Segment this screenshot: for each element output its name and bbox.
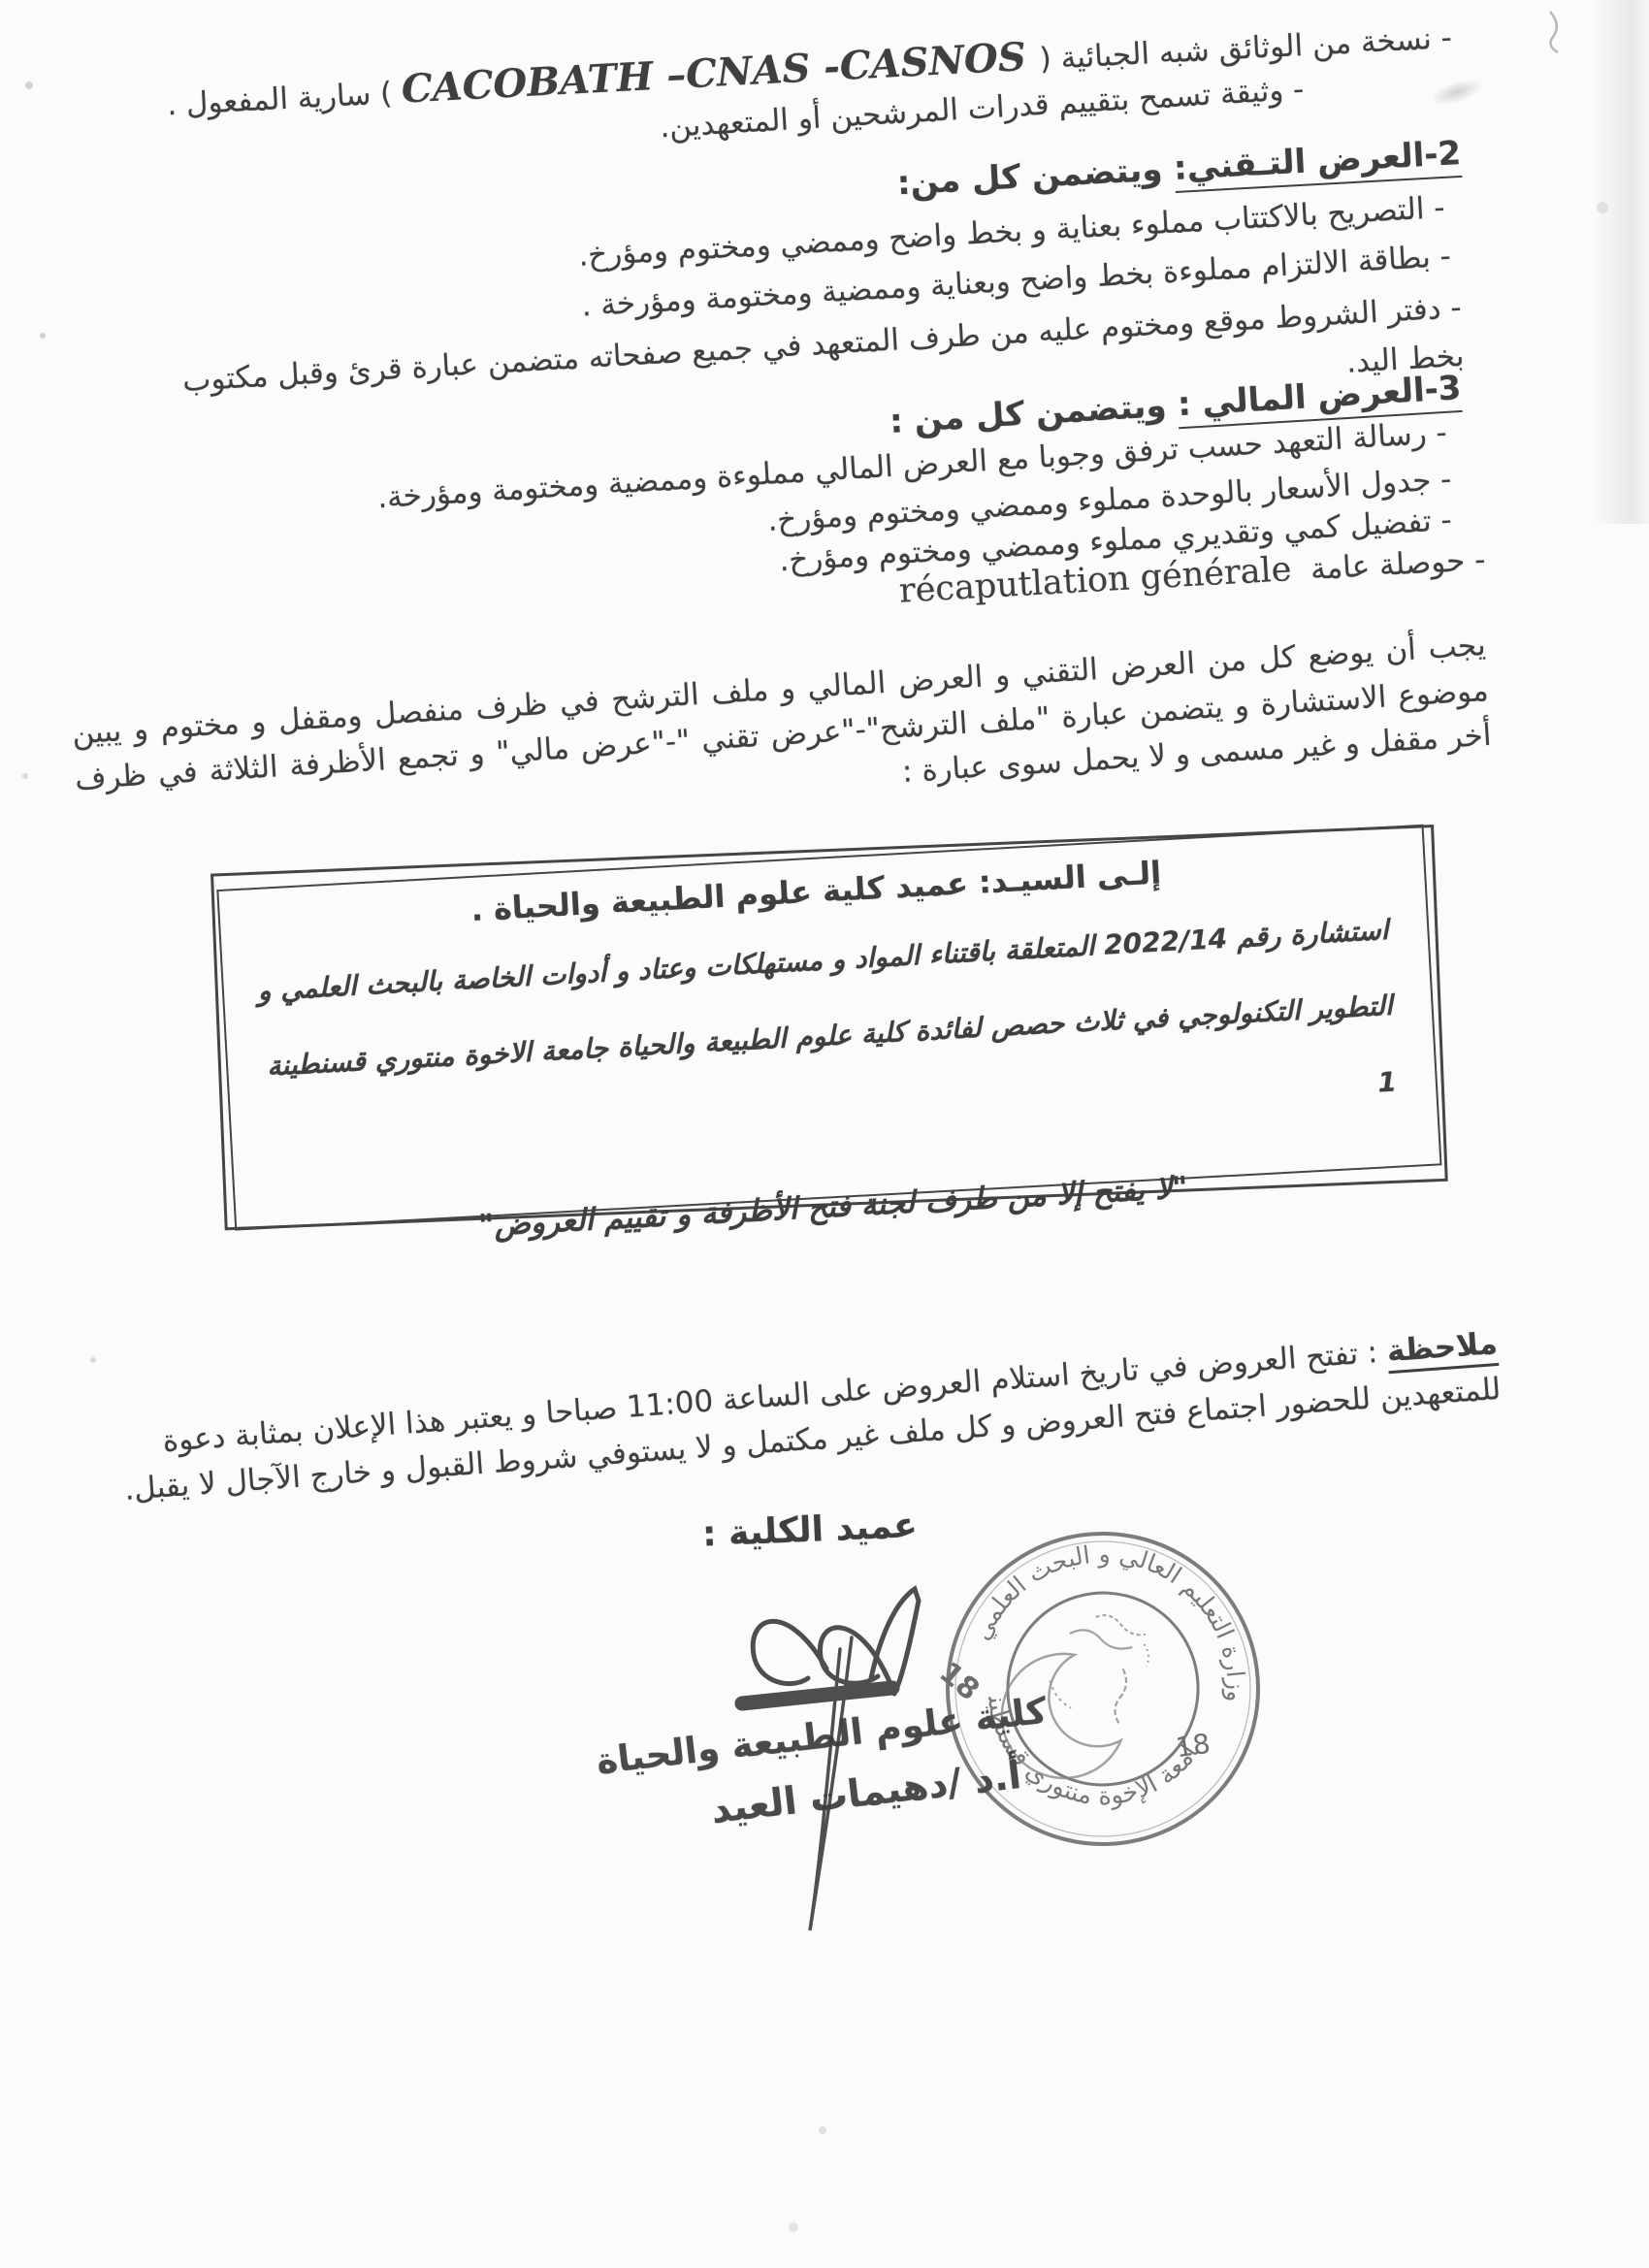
- box-opening-warning: "لا يفتح إلا من طرف لجنة فتح الأظرفة و ت…: [264, 1159, 1403, 1255]
- svg-text:وزارة التعليم العالي و البحث ا: وزارة التعليم العالي و البحث العلمي: [966, 1508, 1280, 1707]
- note-label: ملاحظة: [1386, 1326, 1500, 1374]
- stamp-number-right: 18: [1174, 1728, 1212, 1765]
- stamp-ring-top-text: وزارة التعليم العالي و البحث العلمي: [966, 1508, 1280, 1707]
- envelope-instructions-paragraph: يجب أن يوضع كل من العرض التقني و العرض ا…: [71, 623, 1493, 847]
- note-paragraph: ملاحظة : تفتح العروض في تاريخ استلام الع…: [40, 1321, 1503, 1519]
- dean-signature: [679, 1533, 989, 1960]
- box-consultation-text: استشارة رقم 2022/14 المتعلقة باقتناء الم…: [249, 892, 1399, 1182]
- envelope-label-box: إلـى السيـد: عميد كلية علوم الطبيعة والح…: [210, 825, 1448, 1230]
- scanned-tender-document-page: { "page": { "paper_color": "#fbfbf9", "i…: [0, 0, 1649, 2268]
- technical-offer-heading: 2-العرض التـقني: ويتضمن كل من:: [896, 134, 1462, 203]
- scan-edge-shading: [1591, 0, 1649, 524]
- technical-offer-heading-rest: ويتضمن كل من:: [896, 150, 1163, 204]
- fiscal-documents-text-before: - نسخة من الوثائق شبه الجبائية (: [1038, 20, 1452, 77]
- technical-offer-heading-underlined: 2-العرض التـقني:: [1173, 134, 1462, 193]
- note-body: : تفتح العروض في تاريخ استلام العروض على…: [123, 1334, 1502, 1507]
- envelope-label-box-inner: إلـى السيـد: عميد كلية علوم الطبيعة والح…: [216, 825, 1441, 1231]
- scan-smudge: [1428, 74, 1486, 111]
- fiscal-documents-text-after: ) سارية المفعول .: [166, 76, 403, 123]
- summary-arabic: - حوصلة عامة: [1309, 542, 1486, 587]
